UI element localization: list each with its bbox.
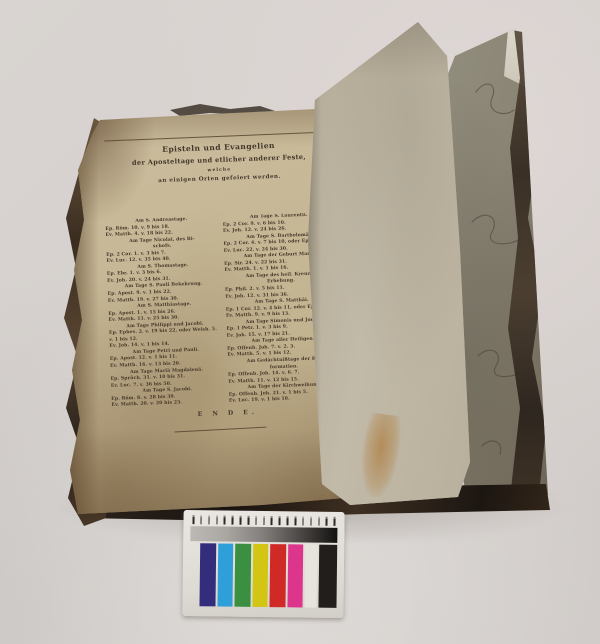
index-column-left: Am S. Andreastage.Ep. Röm. 10. v. 9 bis … [105,216,224,410]
color-bars [199,543,337,608]
index-columns: Am S. Andreastage.Ep. Röm. 10. v. 9 bis … [105,212,341,410]
card-inner [189,515,337,613]
tick-mark [208,517,210,524]
tick-mark [334,519,336,526]
tick-mark [240,518,242,525]
tick-mark [216,517,218,524]
printed-page: Episteln und Evangelien der Aposteltage … [62,106,348,520]
page-content: Episteln und Evangelien der Aposteltage … [102,126,345,454]
color-bar-green [234,544,250,607]
tick-mark [310,519,312,526]
tick-mark [326,519,328,526]
tick-scale [192,515,335,526]
color-calibration-card [182,510,344,618]
tick-mark [232,518,234,525]
tick-mark [247,518,249,525]
color-bar-blue [217,543,233,606]
tick-mark [294,518,296,525]
tick-mark [263,518,265,525]
tick-mark [255,518,257,525]
grayscale-gradient [190,526,337,543]
tick-mark [271,518,273,525]
tick-mark [287,518,289,525]
color-bar-dark-blue [199,543,215,606]
color-bar-white [304,545,317,608]
page-title-block: Episteln und Evangelien der Aposteltage … [102,139,335,186]
color-bar-magenta [287,544,303,607]
tick-mark [224,518,226,525]
endpaper-stain [356,412,403,500]
tick-mark [200,517,202,524]
tick-mark [318,519,320,526]
tick-mark [192,517,194,524]
footer-rule [174,427,266,433]
tick-mark [302,518,304,525]
color-bar-black [319,545,337,608]
color-bar-yellow [252,544,268,607]
color-bar-red [269,544,285,607]
tick-mark [279,518,281,525]
